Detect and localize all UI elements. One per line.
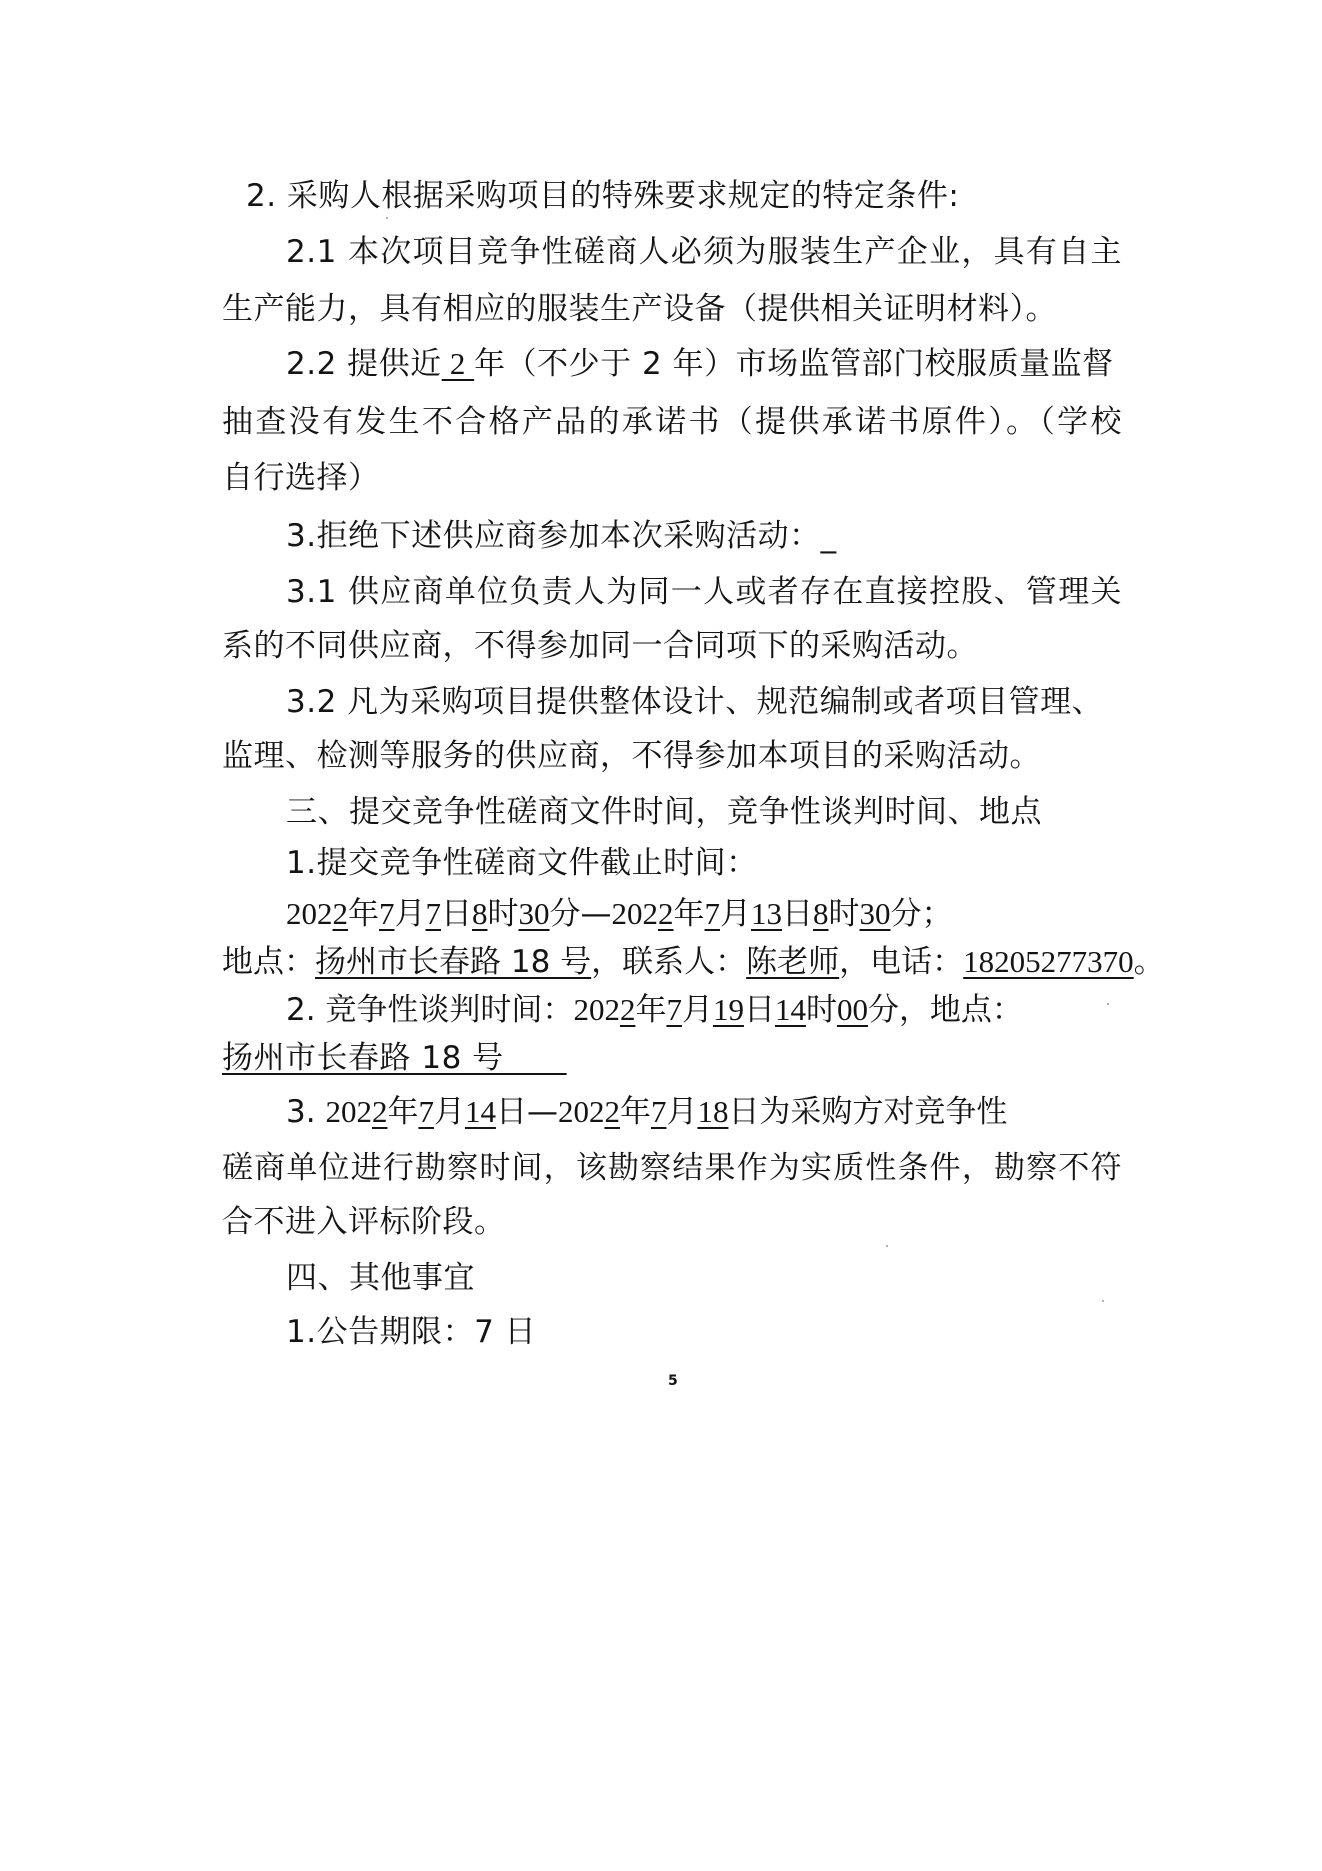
part-3-item-1-contact: 地点：扬州市长春路 18 号，联系人：陈老师，电话：18205277370。 [222, 942, 1122, 982]
inspection-end-year: 202 [558, 1094, 605, 1129]
inspection-end-day: 18 [697, 1094, 728, 1129]
document-page: 2. 采购人根据采购项目的特殊要求规定的特定条件: 2.1 本次项目竞争性磋商人… [0, 0, 1322, 1871]
part-3-item-1-heading: 1.提交竞争性磋商文件截止时间： [286, 843, 1122, 883]
scan-speck [1102, 1300, 1104, 1302]
inspection-start-day: 14 [465, 1094, 496, 1129]
part-3-item-1-deadline: 2022年7月7日8时30分—2022年7月13日8时30分； [286, 894, 1122, 934]
month-label: 月 [682, 992, 713, 1028]
negotiation-day: 19 [713, 992, 744, 1027]
negotiation-minute: 00 [837, 992, 868, 1027]
section-2-1-line-2: 生产能力，具有相应的服装生产设备（提供相关证明材料）。 [222, 289, 1122, 329]
negotiation-year: 202 [573, 992, 620, 1027]
section-2-2-line-2: 抽查没有发生不合格产品的承诺书（提供承诺书原件）。（学校 [222, 402, 1122, 442]
negotiation-month: 7 [666, 992, 682, 1027]
sentence-end: 。 [1134, 944, 1165, 980]
day-label: 日 [744, 992, 775, 1028]
section-2-heading: 2. 采购人根据采购项目的特殊要求规定的特定条件: [246, 176, 1146, 216]
phone-label: ，电话： [839, 944, 963, 980]
month-label: 月 [434, 1094, 465, 1130]
year-label: 年 [387, 1094, 418, 1130]
range-dash: — [581, 896, 612, 932]
inspection-start-year: 202 [325, 1094, 372, 1129]
inspection-description: 日为采购方对竞争性 [728, 1094, 1007, 1130]
location-label: ，地点： [899, 992, 1023, 1028]
hour-label: 时 [806, 992, 837, 1028]
section-2-1-line-1: 2.1 本次项目竞争性磋商人必须为服装生产企业，具有自主 [286, 232, 1122, 272]
deadline-start-minute: 30 [519, 896, 550, 931]
scan-speck [886, 1245, 888, 1247]
deadline-end-year-digit: 2 [658, 896, 674, 931]
deadline-end-year: 202 [612, 896, 659, 931]
day-label: 日 [782, 896, 813, 932]
part-3-item-3-line-2: 磋商单位进行勘察时间，该勘察结果作为实质性条件，勘察不符 [222, 1148, 1122, 1188]
deadline-start-day: 7 [426, 896, 442, 931]
item-number: 3. [286, 1094, 325, 1130]
negotiation-time-label: 2. 竞争性谈判时间： [286, 992, 573, 1028]
year-label: 年 [674, 896, 705, 932]
deadline-start-year: 202 [286, 896, 333, 931]
deadline-start-year-digit: 2 [333, 896, 349, 931]
year-label: 年 [635, 992, 666, 1028]
day-label: 日 [496, 1094, 527, 1130]
scan-speck [386, 217, 388, 219]
part-3-heading: 三、提交竞争性磋商文件时间，竞争性谈判时间、地点 [286, 792, 1122, 832]
phone-value: 18205277370 [963, 944, 1134, 979]
page-number: 5 [668, 1373, 678, 1389]
deadline-end-day: 13 [751, 896, 782, 931]
section-3-1-line-2: 系的不同供应商，不得参加同一合同项下的采购活动。 [222, 626, 1122, 666]
end-punct: ； [922, 896, 953, 932]
section-2-2-line-3: 自行选择） [222, 458, 1122, 498]
hour-label: 时 [488, 896, 519, 932]
range-dash: — [527, 1094, 558, 1130]
section-3-2-line-2: 监理、检测等服务的供应商，不得参加本项目的采购活动。 [222, 736, 1122, 776]
inspection-start-year-digit: 2 [372, 1094, 388, 1129]
contact-value: 陈老师 [746, 944, 839, 980]
section-2-2-years: 2 [442, 346, 475, 381]
part-3-item-3-line-3: 合不进入评标阶段。 [222, 1202, 1122, 1242]
location-value: 扬州市长春路 18 号 [315, 944, 591, 980]
year-label: 年 [348, 896, 379, 932]
deadline-start-hour: 8 [472, 896, 488, 931]
inspection-end-year-digit: 2 [604, 1094, 620, 1129]
deadline-start-month: 7 [379, 896, 395, 931]
negotiation-hour: 14 [775, 992, 806, 1027]
part-4-item-1: 1.公告期限：7 日 [286, 1312, 1122, 1352]
section-3-heading: 3.拒绝下述供应商参加本次采购活动：_ [286, 516, 1122, 556]
section-3-2-line-1: 3.2 凡为采购项目提供整体设计、规范编制或者项目管理、 [286, 682, 1122, 722]
section-2-2-prefix: 2.2 提供近 [286, 346, 442, 382]
year-label: 年 [620, 1094, 651, 1130]
contact-label: ，联系人： [591, 944, 746, 980]
part-3-item-2-line-1: 2. 竞争性谈判时间：2022年7月19日14时00分，地点： [286, 990, 1122, 1030]
deadline-end-hour: 8 [813, 896, 829, 931]
inspection-end-month: 7 [651, 1094, 667, 1129]
minute-label: 分 [891, 896, 922, 932]
month-label: 月 [395, 896, 426, 932]
deadline-end-minute: 30 [860, 896, 891, 931]
scan-speck [1107, 1003, 1109, 1005]
part-3-item-2-line-2: 扬州市长春路 18 号 [222, 1038, 1122, 1078]
minute-label: 分 [550, 896, 581, 932]
section-2-2-rest: 年（不少于 2 年）市场监管部门校服质量监督 [474, 346, 1113, 382]
month-label: 月 [720, 896, 751, 932]
deadline-end-month: 7 [705, 896, 721, 931]
inspection-start-month: 7 [418, 1094, 434, 1129]
hour-label: 时 [829, 896, 860, 932]
part-3-item-3-line-1: 3. 2022年7月14日—2022年7月18日为采购方对竞争性 [286, 1092, 1122, 1132]
minute-label: 分 [868, 992, 899, 1028]
section-3-1-line-1: 3.1 供应商单位负责人为同一人或者存在直接控股、管理关 [286, 572, 1122, 612]
negotiation-location: 扬州市长春路 18 号 [222, 1040, 567, 1076]
month-label: 月 [666, 1094, 697, 1130]
section-2-2-line-1: 2.2 提供近 2 年（不少于 2 年）市场监管部门校服质量监督 [286, 344, 1122, 384]
day-label: 日 [441, 896, 472, 932]
part-4-heading: 四、其他事宜 [286, 1258, 1122, 1298]
negotiation-year-digit: 2 [620, 992, 636, 1027]
location-label: 地点： [222, 944, 315, 980]
